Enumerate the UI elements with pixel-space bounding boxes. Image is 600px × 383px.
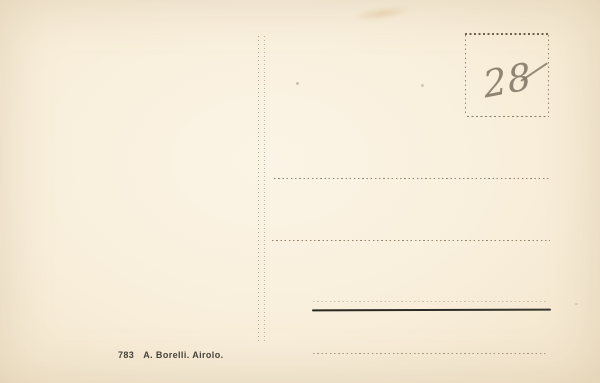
paper-speck [575,303,578,305]
publisher-imprint: 783A. Borelli. Airolo. [118,350,224,360]
divider-rule-left [258,36,259,342]
stamp-box-edge-left [465,35,466,116]
paper-stain [351,3,412,24]
divider-rule-right [264,36,265,342]
printed-solid-rule [312,308,551,311]
address-rule [313,301,547,302]
stamp-box-edge-right [548,35,549,116]
address-rule [274,178,550,179]
paper-speck [421,84,424,87]
stamp-box-edge-top [465,33,549,35]
handwritten-price: 28 [481,57,534,103]
address-rule [272,240,550,241]
stamp-box-edge-bottom [467,116,549,117]
postcard-back: 28 783A. Borelli. Airolo. [0,0,600,383]
imprint-publisher: A. Borelli. Airolo. [143,350,223,360]
imprint-number: 783 [118,350,134,360]
paper-speck [296,82,299,85]
address-rule [313,353,548,354]
